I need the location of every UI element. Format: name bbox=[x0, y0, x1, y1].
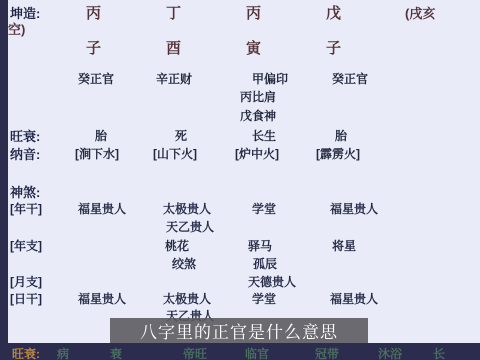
void-note: (戌亥 bbox=[405, 3, 435, 22]
wangshuai-year: 胎 bbox=[95, 127, 107, 144]
shensha-niangan-year: 福星贵人 bbox=[78, 200, 126, 217]
wangshuai-day: 长生 bbox=[252, 127, 276, 144]
void-wrap: 空) bbox=[8, 19, 25, 38]
bottom-wangshuai-6: 沐浴 bbox=[378, 345, 402, 360]
bottom-wangshuai-label: 旺衰: bbox=[12, 345, 40, 360]
bazi-chart-frame: 坤造: 丙 丁 丙 戊 (戌亥 空) 子 酉 寅 子 癸正官 辛正财 甲偏印 癸… bbox=[0, 0, 480, 360]
bottom-wangshuai-2: 衰 bbox=[110, 345, 122, 360]
nayin-year: [涧下水] bbox=[75, 145, 119, 162]
bottom-wangshuai-7: 长 bbox=[433, 345, 445, 360]
hour-branch: 子 bbox=[326, 37, 342, 58]
video-caption-text: 八字里的正官是什么意思 bbox=[140, 318, 338, 343]
bottom-wangshuai-4: 临官 bbox=[245, 345, 269, 360]
month-stem: 丁 bbox=[166, 2, 182, 23]
shensha-niangan-hour: 福星贵人 bbox=[330, 200, 378, 217]
shensha-yuezhi-day: 天德贵人 bbox=[248, 273, 296, 290]
hidden-stem-day-3: 戊食神 bbox=[240, 107, 276, 124]
shensha-niangan-day: 学堂 bbox=[252, 200, 276, 217]
nayin-day: [炉中火] bbox=[235, 145, 279, 162]
row-label-yuezhi: [月支] bbox=[10, 273, 42, 290]
wangshuai-hour: 胎 bbox=[335, 127, 347, 144]
day-stem: 丙 bbox=[246, 2, 262, 23]
bottom-wangshuai-3: 帝旺 bbox=[183, 345, 207, 360]
year-branch: 子 bbox=[86, 37, 102, 58]
nayin-hour: [霹雳火] bbox=[316, 145, 360, 162]
hour-stem: 戊 bbox=[326, 2, 342, 23]
shensha-label: 神煞: bbox=[10, 182, 40, 201]
video-caption-bar: 八字里的正官是什么意思 bbox=[110, 318, 368, 343]
wangshuai-label: 旺衰: bbox=[10, 126, 40, 145]
shensha-rigan-year: 福星贵人 bbox=[78, 290, 126, 307]
shensha-niangan-month: 太极贵人 bbox=[163, 200, 211, 217]
wangshuai-month: 死 bbox=[175, 127, 187, 144]
hidden-stem-day-2: 丙比肩 bbox=[240, 88, 276, 105]
shensha-nianzhi-month-2: 绞煞 bbox=[172, 255, 196, 272]
shensha-nianzhi-hour: 将星 bbox=[332, 237, 356, 254]
shensha-nianzhi-day-2: 孤辰 bbox=[253, 255, 277, 272]
year-stem: 丙 bbox=[86, 2, 102, 23]
shensha-rigan-day: 学堂 bbox=[252, 290, 276, 307]
hidden-stem-year: 癸正官 bbox=[78, 70, 114, 87]
shensha-niangan-month-2: 天乙贵人 bbox=[166, 218, 214, 235]
row-label-niangan: [年干] bbox=[10, 200, 42, 217]
nayin-month: [山下火] bbox=[153, 145, 197, 162]
month-branch: 酉 bbox=[166, 37, 182, 58]
shensha-rigan-month: 太极贵人 bbox=[163, 290, 211, 307]
day-branch: 寅 bbox=[246, 37, 262, 58]
shensha-rigan-hour: 福星贵人 bbox=[330, 290, 378, 307]
nayin-label: 纳音: bbox=[10, 144, 40, 163]
hidden-stem-month: 辛正财 bbox=[156, 70, 192, 87]
left-edge-stripe bbox=[0, 0, 8, 343]
bottom-strip bbox=[0, 343, 480, 360]
hidden-stem-hour: 癸正官 bbox=[332, 70, 368, 87]
bottom-wangshuai-5: 冠带 bbox=[315, 345, 339, 360]
row-label-rigan: [日干] bbox=[10, 290, 42, 307]
row-label-nianzhi: [年支] bbox=[10, 237, 42, 254]
shensha-nianzhi-month: 桃花 bbox=[165, 237, 189, 254]
hidden-stem-day-1: 甲偏印 bbox=[252, 70, 288, 87]
shensha-nianzhi-day: 驿马 bbox=[248, 237, 272, 254]
bottom-wangshuai-1: 病 bbox=[57, 345, 69, 360]
